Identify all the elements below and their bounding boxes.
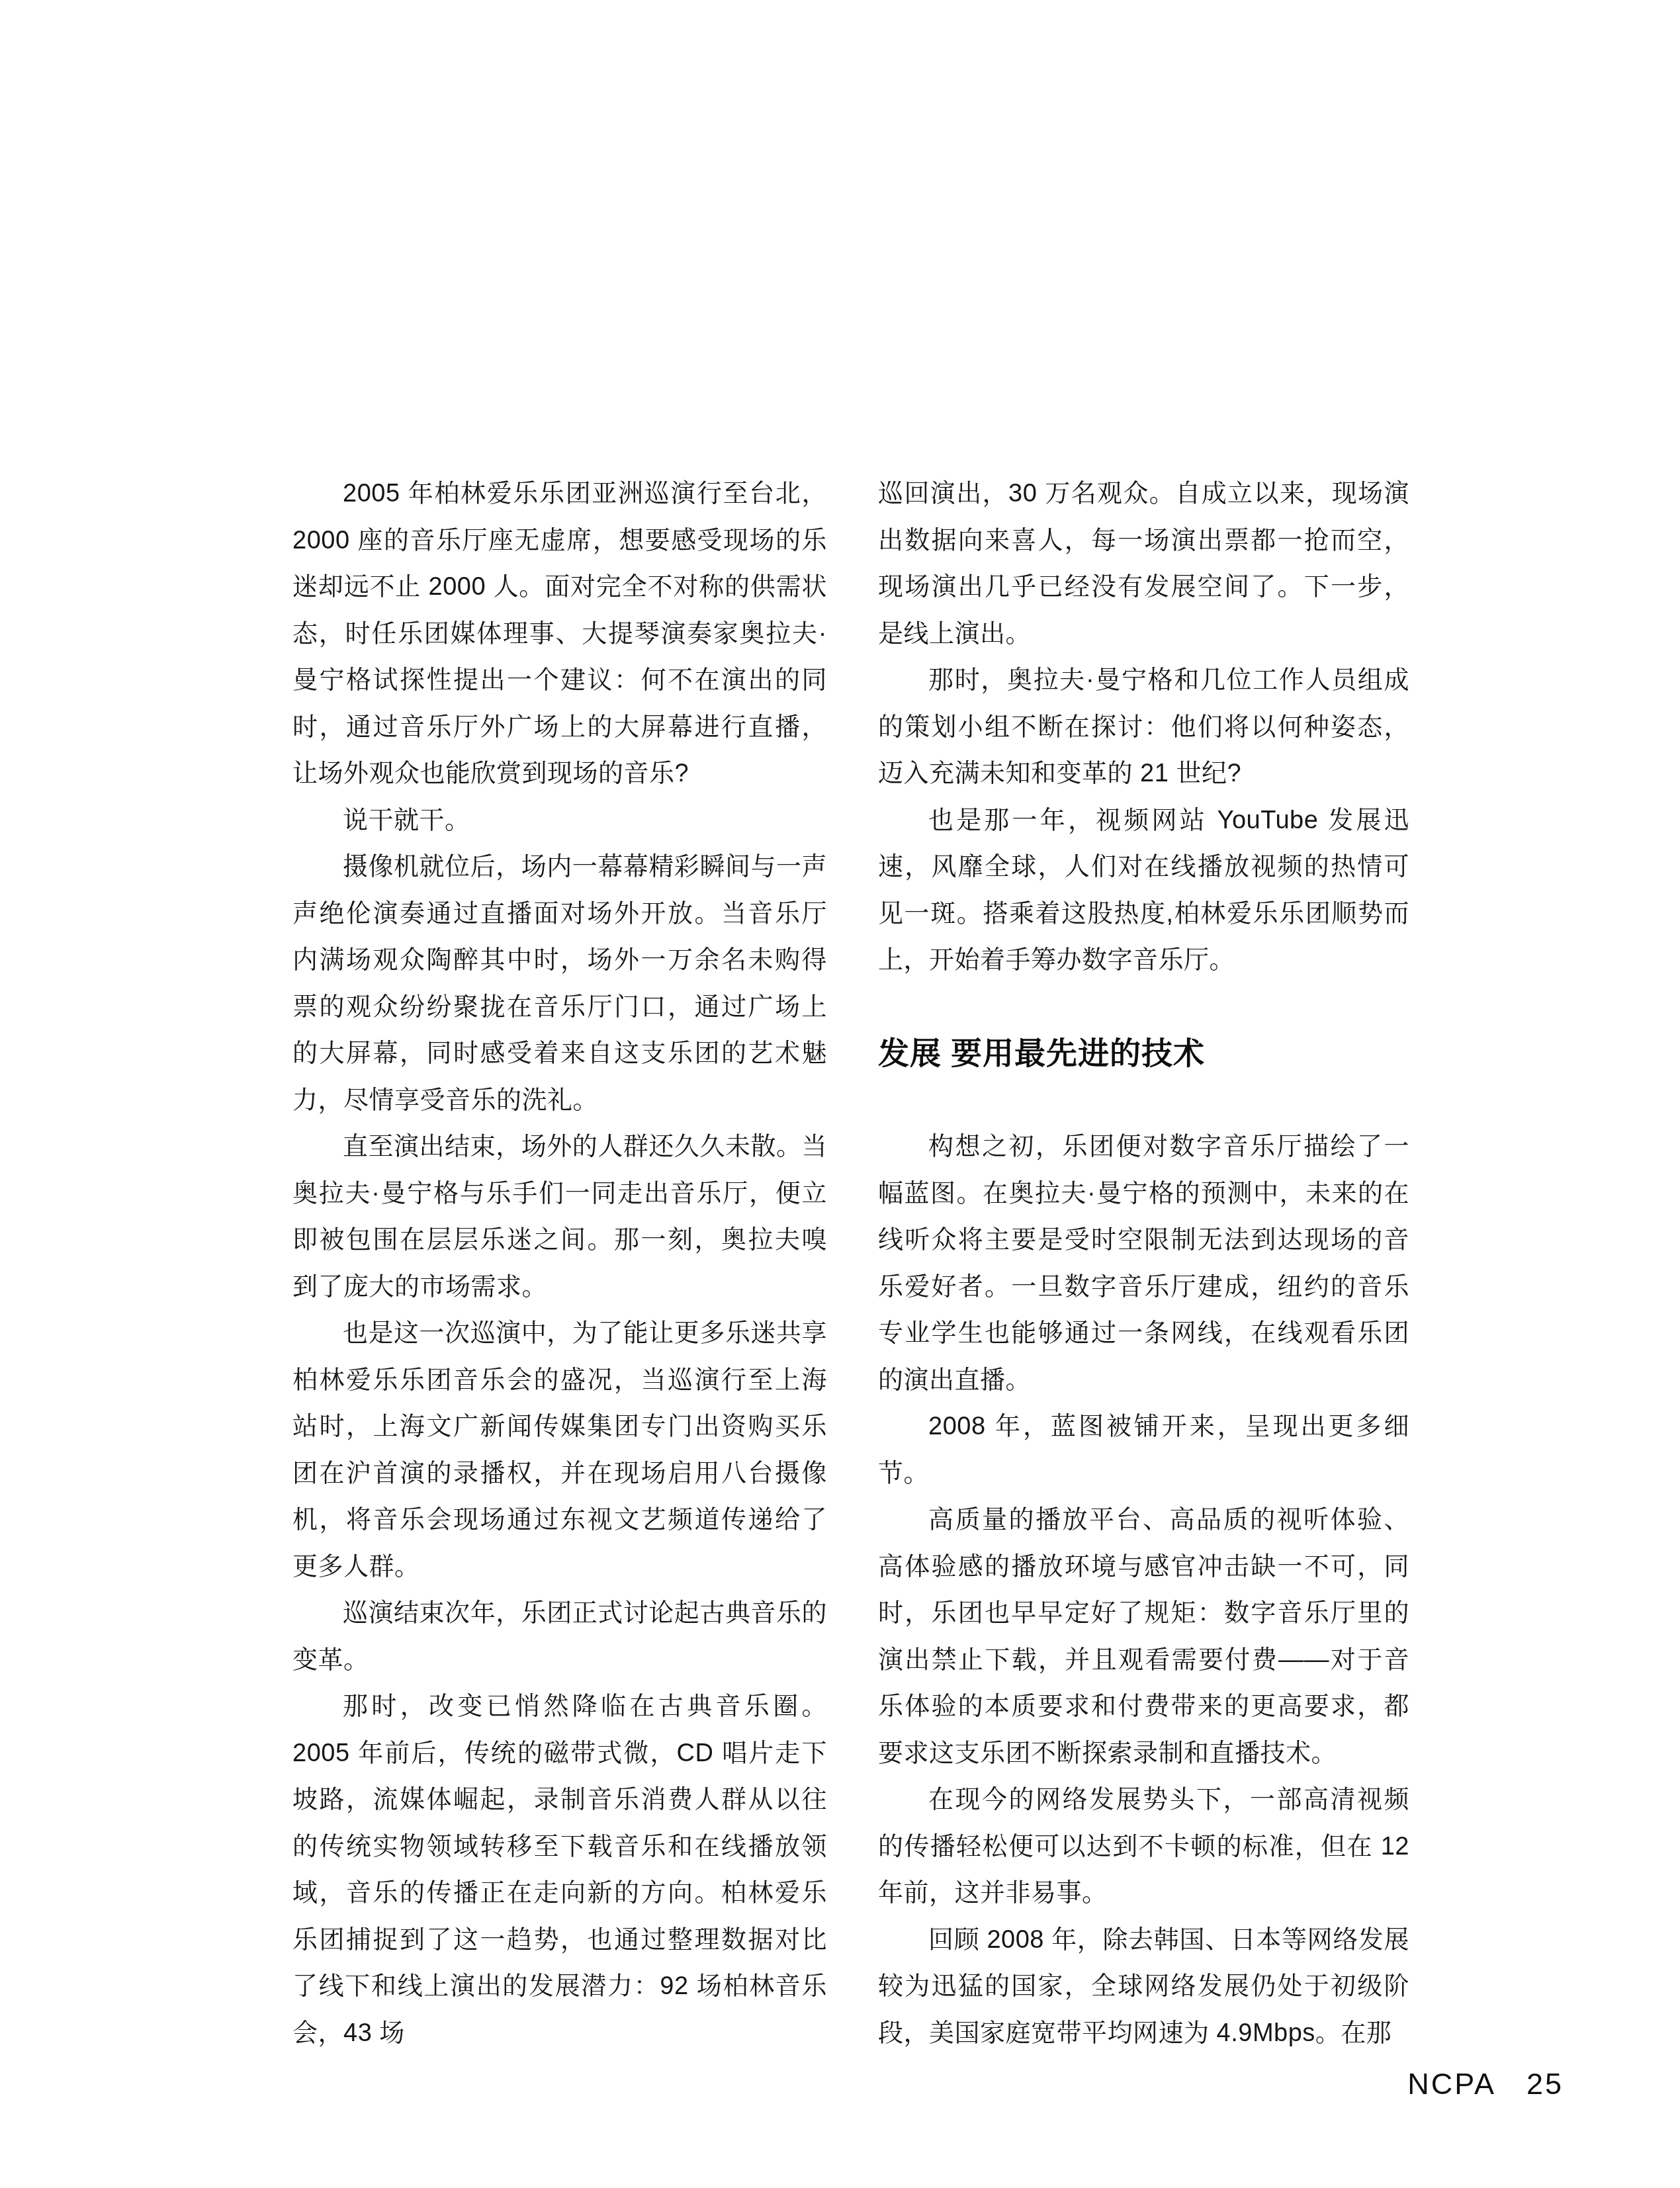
paragraph: 回顾 2008 年，除去韩国、日本等网络发展较为迅猛的国家，全球网络发展仍处于初… [878,1917,1409,2057]
paragraph: 也是那一年，视频网站 YouTube 发展迅速，风靡全球，人们对在线播放视频的热… [878,797,1409,984]
paragraph: 直至演出结束，场外的人群还久久未散。当奥拉夫·曼宁格与乐手们一同走出音乐厅，便立… [292,1123,827,1310]
page-footer: NCPA25 [1407,2066,1564,2103]
paragraph: 在现今的网络发展势头下，一部高清视频的传播轻松便可以达到不卡顿的标准，但在 12… [878,1776,1409,1917]
paragraph: 摄像机就位后，场内一幕幕精彩瞬间与一声声绝伦演奏通过直播面对场外开放。当音乐厅内… [292,844,827,1123]
section-heading: 发展 要用最先进的技术 [878,1030,1409,1077]
paragraph: 构想之初，乐团便对数字音乐厅描绘了一幅蓝图。在奥拉夫·曼宁格的预测中，未来的在线… [878,1123,1409,1403]
paragraph: 也是这一次巡演中，为了能让更多乐迷共享柏林爱乐乐团音乐会的盛况，当巡演行至上海站… [292,1310,827,1590]
right-text-column: 巡回演出，30 万名观众。自成立以来，现场演出数据向来喜人，每一场演出票都一抢而… [878,470,1409,2056]
paragraph: 说干就干。 [292,797,827,844]
footer-brand-text: NCPA [1407,2067,1496,2101]
paragraph: 2005 年柏林爱乐乐团亚洲巡演行至台北，2000 座的音乐厅座无虚席，想要感受… [292,470,827,797]
paragraph: 那时，奥拉夫·曼宁格和几位工作人员组成的策划小组不断在探讨：他们将以何种姿态，迈… [878,657,1409,797]
paragraph-continuation: 巡回演出，30 万名观众。自成立以来，现场演出数据向来喜人，每一场演出票都一抢而… [878,470,1409,657]
page-number: 25 [1526,2066,1564,2103]
paragraph: 高质量的播放平台、高品质的视听体验、高体验感的播放环境与感官冲击缺一不可，同时，… [878,1497,1409,1776]
magazine-page: 2005 年柏林爱乐乐团亚洲巡演行至台北，2000 座的音乐厅座无虚席，想要感受… [0,0,1680,2188]
paragraph: 巡演结束次年，乐团正式讨论起古典音乐的变革。 [292,1590,827,1683]
left-text-column: 2005 年柏林爱乐乐团亚洲巡演行至台北，2000 座的音乐厅座无虚席，想要感受… [292,470,827,2056]
paragraph: 2008 年，蓝图被铺开来，呈现出更多细节。 [878,1403,1409,1497]
paragraph: 那时，改变已悄然降临在古典音乐圈。2005 年前后，传统的磁带式微，CD 唱片走… [292,1683,827,2056]
